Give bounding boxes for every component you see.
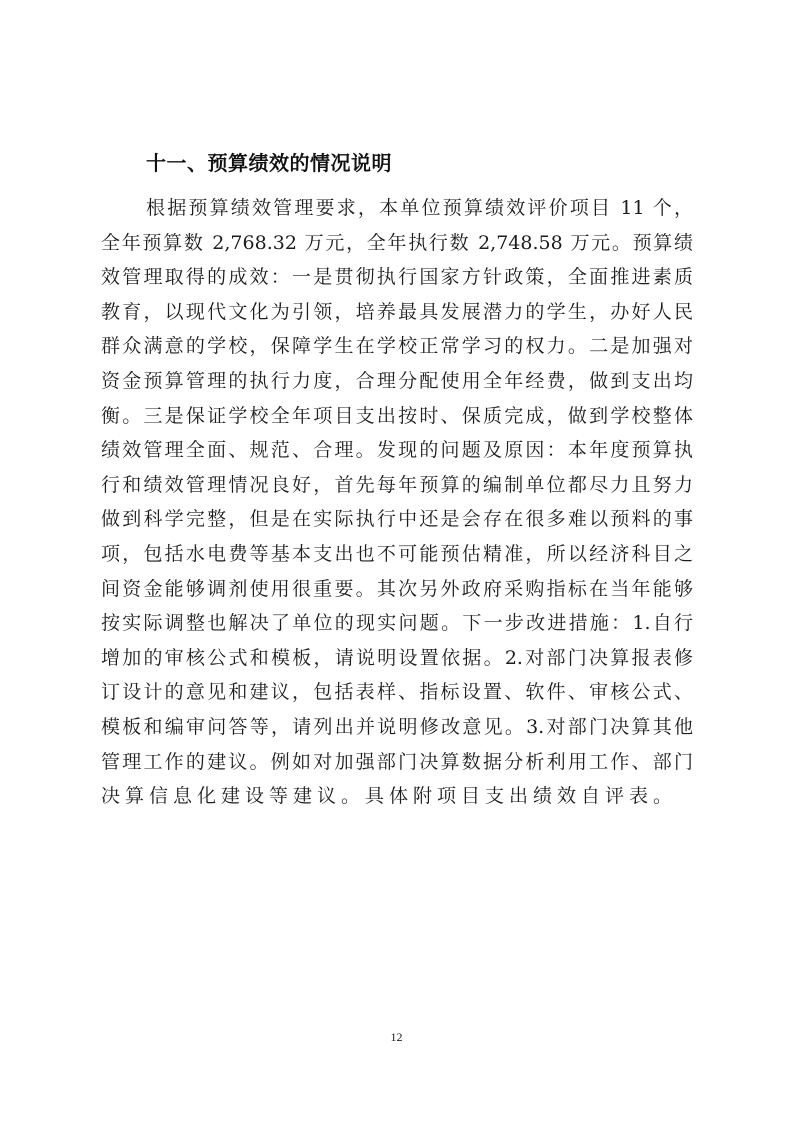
paragraph-line: 增加的审核公式和模板，请说明设置依据。2.对部门决算报表修 [101, 641, 693, 676]
paragraph-line: 根据预算绩效管理要求，本单位预算绩效评价项目 11 个， [101, 191, 693, 226]
paragraph-line: 模板和编审问答等，请列出并说明修改意见。3.对部门决算其他 [101, 710, 693, 745]
paragraph-line: 全年预算数 2,768.32 万元，全年执行数 2,748.58 万元。预算绩 [101, 226, 693, 261]
paragraph-line: 决算信息化建设等建议。具体附项目支出绩效自评表。 [101, 779, 693, 814]
paragraph-line: 项，包括水电费等基本支出也不可能预估精准，所以经济科目之 [101, 537, 693, 572]
paragraph-line: 管理工作的建议。例如对加强部门决算数据分析利用工作、部门 [101, 745, 693, 780]
paragraph-line: 资金预算管理的执行力度，合理分配使用全年经费，做到支出均 [101, 364, 693, 399]
paragraph-budget-performance: 根据预算绩效管理要求，本单位预算绩效评价项目 11 个， 全年预算数 2,768… [101, 191, 693, 814]
paragraph-line: 按实际调整也解决了单位的现实问题。下一步改进措施：1.自行 [101, 606, 693, 641]
paragraph-line: 衡。三是保证学校全年项目支出按时、保质完成，做到学校整体 [101, 399, 693, 434]
page-number: 12 [0, 1030, 793, 1045]
paragraph-line: 做到科学完整，但是在实际执行中还是会存在很多难以预料的事 [101, 502, 693, 537]
document-page: 十一、预算绩效的情况说明 根据预算绩效管理要求，本单位预算绩效评价项目 11 个… [0, 0, 793, 1122]
paragraph-line: 订设计的意见和建议，包括表样、指标设置、软件、审核公式、 [101, 675, 693, 710]
paragraph-line: 绩效管理全面、规范、合理。发现的问题及原因：本年度预算执 [101, 433, 693, 468]
paragraph-line: 教育，以现代文化为引领，培养最具发展潜力的学生，办好人民 [101, 295, 693, 330]
paragraph-line: 行和绩效管理情况良好，首先每年预算的编制单位都尽力且努力 [101, 468, 693, 503]
paragraph-line: 间资金能够调剂使用很重要。其次另外政府采购指标在当年能够 [101, 572, 693, 607]
paragraph-line: 效管理取得的成效：一是贯彻执行国家方针政策，全面推进素质 [101, 260, 693, 295]
section-heading: 十一、预算绩效的情况说明 [146, 148, 392, 178]
paragraph-line: 群众满意的学校，保障学生在学校正常学习的权力。二是加强对 [101, 329, 693, 364]
